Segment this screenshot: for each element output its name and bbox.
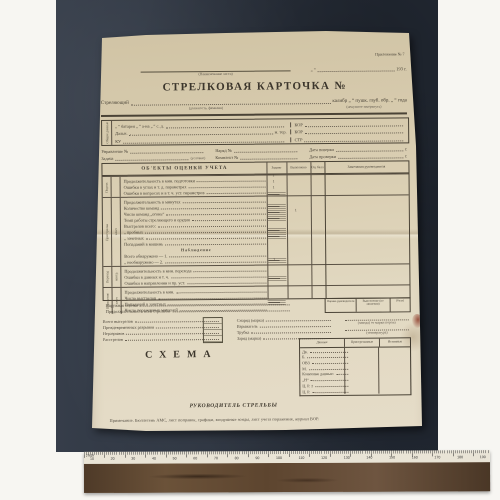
schema-row: Ц. Р.	[300, 388, 350, 394]
footnote: Примечание. Бюллетень АМС, лист поправок…	[110, 415, 410, 423]
dotted-line	[318, 67, 395, 72]
ruler-number: 60	[193, 456, 197, 460]
annex-label: Приложение № 7	[375, 51, 404, 56]
schema-header-data: Данные	[300, 341, 344, 345]
ruler-number: 160	[412, 455, 418, 459]
column-rule	[378, 348, 379, 394]
ruler-number: 70	[214, 456, 218, 460]
wooden-ruler: 1949 10 20 30 40 50 60 70 80 90 100 110 …	[84, 450, 490, 493]
caliber-caption: (ненужное зачеркнуть)	[321, 104, 407, 109]
info-right-label: КОР	[294, 122, 302, 127]
info-right-label: КОР	[295, 130, 303, 135]
pencil-mark	[268, 258, 286, 263]
ammo-caption-bottom: (температура)	[345, 330, 409, 335]
shooter-caption: (должность, фамилия)	[161, 106, 251, 111]
shooting-card-form: Приложение № 7 (Наименование части) „ “ …	[100, 29, 411, 430]
ruler-number: 10	[90, 457, 94, 461]
schema-title: СХЕМА	[145, 349, 218, 361]
info-vertical-label-cell: Общие данные	[102, 121, 112, 145]
ruler-number: 170	[434, 455, 440, 459]
date-quote: „ “	[311, 67, 316, 72]
task-caption: (условно)	[191, 156, 206, 160]
table-group-pristrelka: Пристрелка зачет Продолжительность в мин…	[103, 194, 410, 266]
info-right-label: СТР	[295, 137, 303, 142]
unit-info-table: Общие данные „ “ батарея „ “ а-на „ “ с.…	[101, 117, 409, 146]
zadano-value: 1	[273, 185, 275, 189]
dotted-line	[304, 137, 403, 142]
paper-stain	[412, 314, 422, 328]
group-label: Подгот.	[105, 182, 109, 193]
table-group-podgotovka: Подгот. Продолжительность в мин. подгото…	[103, 173, 409, 197]
komplekt-number-label: Комплект №	[215, 155, 238, 160]
verify-date-suffix: г.	[405, 153, 407, 158]
pencil-mark	[268, 192, 286, 197]
ruler-number: 140	[366, 456, 372, 460]
dotted-line	[123, 138, 285, 143]
unit-name-caption: (Наименование части)	[141, 71, 291, 76]
table-row: Ошибки в вопросах и в т. ч. уст. парамет…	[124, 189, 268, 196]
ruler-number: 110	[299, 456, 305, 460]
pencil-mark	[268, 228, 286, 233]
ruler-number: 130	[344, 456, 350, 460]
mini-header-done: Выполнение (по мишеням)	[356, 298, 390, 311]
info-label: КУ	[115, 139, 121, 144]
pencil-mark	[268, 276, 286, 281]
paper-document: Приложение № 7 (Наименование части) „ “ …	[86, 26, 428, 434]
ruler-number: 190	[480, 455, 486, 459]
dotted-line	[338, 154, 403, 159]
subgroup-label: контр.	[114, 272, 118, 281]
dotted-line	[240, 155, 297, 159]
date-year: 193 г.	[396, 66, 406, 71]
table-group-perekhod: Переход контр. Продолжительность в мин. …	[103, 263, 409, 287]
pencil-mark	[268, 216, 286, 221]
paper-sheet: Приложение № 7 (Наименование части) „ “ …	[86, 26, 428, 434]
info-label-suffix: м. тер.	[275, 130, 287, 135]
header-remarks: Замечания руководителя	[324, 165, 408, 169]
dotted-line	[115, 156, 188, 161]
ruler-number: 40	[152, 457, 156, 461]
schema-table: Данные Пристрелянные Истинные Дв. Б. ОВЗ…	[299, 337, 412, 396]
ammo-block: Снаряд (марка) Взрыватель Трубка Заряд (…	[237, 316, 333, 341]
page-title: СТРЕЛКОВАЯ КАРТОЧКА №	[101, 79, 409, 94]
pencil-mark	[268, 204, 286, 209]
pencil-mark	[268, 300, 286, 305]
info-vertical-label: Общие данные	[105, 122, 109, 144]
task-label: Задача	[101, 156, 113, 161]
header-vypolneno: Выполнено	[286, 166, 310, 170]
ruler-wood-body	[84, 462, 490, 493]
header-ball: Оц. балл	[310, 166, 324, 170]
pencil-mark	[268, 234, 286, 239]
ruler-number: 30	[131, 457, 135, 461]
ruler-numbers: 10 20 30 40 50 60 70 80 90 100 110 120 1…	[90, 455, 486, 461]
caliber-line: калибр „ “ пушк. гауб. обр. „ “ года	[332, 98, 407, 104]
ammo-detail-block: (завода) от марки пороха (температура)	[345, 315, 409, 335]
ruler-number: 20	[111, 457, 115, 461]
vypolneno-value: 1	[295, 208, 297, 212]
evaluation-table: ОБ'ЕКТЫ ОЦЕНКИ УЧЕТА Задано Выполнено Оц…	[101, 160, 410, 301]
table-row: „ необнаружено — 2.	[124, 258, 268, 265]
group-label: Пристрелка	[105, 223, 109, 240]
header-zadano: Задано	[266, 166, 286, 170]
schema-header-true: Истинные	[379, 338, 410, 346]
stat-value-boxes	[203, 317, 223, 343]
signature-line: РУКОВОДИТЕЛЬ СТРЕЛЬБЫ	[159, 402, 309, 409]
header-objects: ОБ'ЕКТЫ ОЦЕНКИ УЧЕТА	[102, 166, 266, 172]
ruler-number: 180	[457, 455, 463, 459]
table-row: Ошибки в направлении и пр. уст.	[124, 279, 268, 286]
subgroup-label: зачет	[114, 228, 118, 235]
ruler-number: 50	[173, 456, 177, 460]
zadano-value: 1	[273, 179, 275, 183]
shooter-label: Стреляющий	[101, 101, 129, 106]
zadano-value: 1	[273, 257, 275, 261]
ruler-number: 80	[235, 456, 239, 460]
ruler-number: 90	[255, 456, 259, 460]
schema-header-ranged: Пристрелянные	[344, 339, 379, 347]
verify-date-label: Дата проверки	[309, 154, 336, 159]
ruler-number: 100	[276, 456, 282, 460]
group-label: Переход	[105, 271, 109, 283]
ruler-scale: 1949 10 20 30 40 50 60 70 80 90 100 110 …	[84, 450, 490, 464]
order-block: Управление № Задача (условно) Наряд №	[101, 144, 407, 161]
mini-header-score: Оценка руководителя	[326, 299, 356, 312]
info-row: КУ СТР	[115, 134, 405, 144]
zadano-value: 1	[273, 173, 275, 177]
mini-header-ball: (балл)	[390, 298, 410, 311]
score-mini-table: Оценка руководителя Выполнение (по мишен…	[325, 297, 411, 313]
ruler-number: 120	[321, 456, 327, 460]
ruler-number: 150	[389, 456, 395, 460]
pencil-mark	[268, 210, 286, 215]
double-rule	[101, 112, 407, 117]
